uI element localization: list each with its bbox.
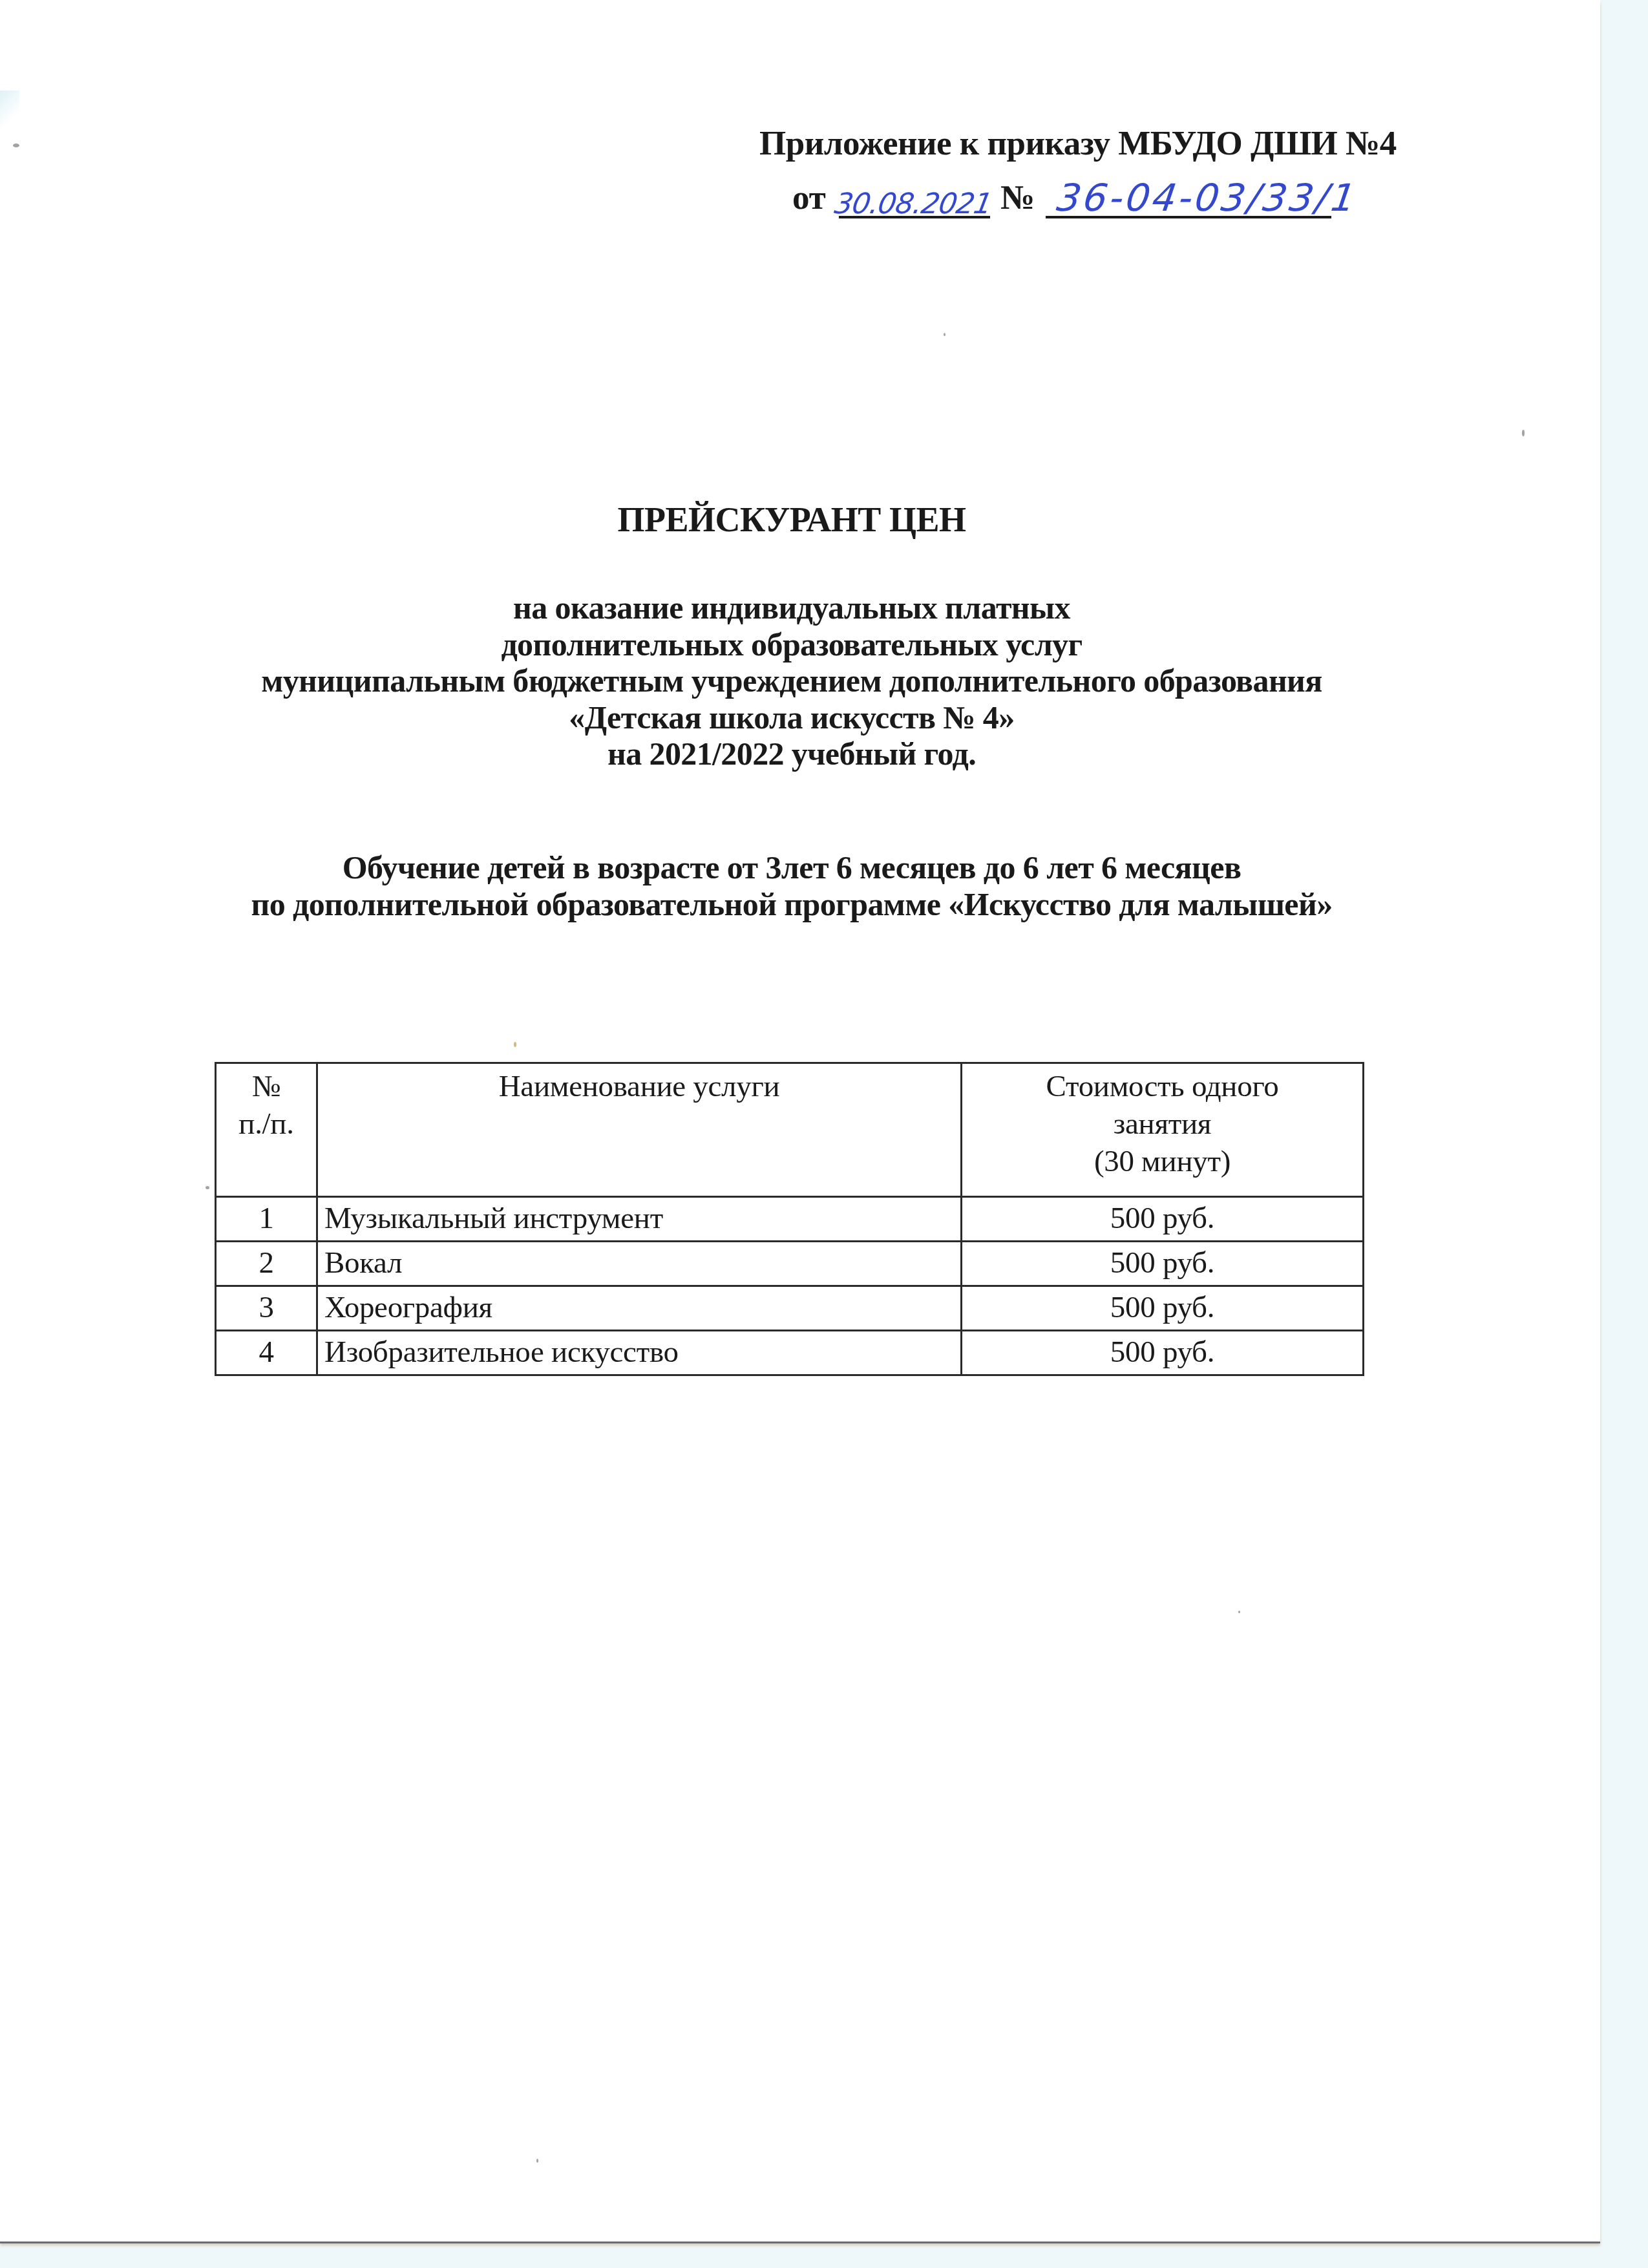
header-price-line: Стоимость одного <box>969 1068 1356 1105</box>
subtitle: на оказание индивидуальных платных допол… <box>129 589 1454 772</box>
handwritten-date: 30.08.2021 <box>832 185 995 224</box>
handwritten-order-number: 36-04-03/33/1 <box>1055 178 1360 217</box>
subtitle-line: на 2021/2022 учебный год. <box>129 736 1454 772</box>
header-price-line: занятия <box>969 1105 1356 1143</box>
subtitle-line: муниципальным бюджетным учреждением допо… <box>129 662 1454 699</box>
cell-service-name: Хореография <box>317 1286 962 1331</box>
table-row: 2 Вокал 500 руб. <box>216 1242 1364 1286</box>
cell-service-name: Музыкальный инструмент <box>317 1197 962 1242</box>
date-prefix: от <box>792 178 826 217</box>
table-header-row: № п./п. Наименование услуги Стоимость од… <box>216 1063 1364 1197</box>
header-num: № п./п. <box>216 1063 317 1197</box>
scan-speck <box>944 333 945 336</box>
table-row: 3 Хореография 500 руб. <box>216 1286 1364 1331</box>
cell-num: 2 <box>216 1242 317 1286</box>
cell-service-name: Вокал <box>317 1242 962 1286</box>
attachment-line: Приложение к приказу МБУДО ДШИ №4 <box>759 124 1397 163</box>
scan-speck <box>13 143 19 147</box>
cell-service-name: Изобразительное искусство <box>317 1331 962 1375</box>
scan-artifact <box>0 90 19 129</box>
header-num-line: п./п. <box>223 1105 310 1143</box>
header-price: Стоимость одного занятия (30 минут) <box>962 1063 1364 1197</box>
header-num-line: № <box>223 1068 310 1105</box>
document-page: Приложение к приказу МБУДО ДШИ №4 от 30.… <box>0 0 1600 2242</box>
header-service-name: Наименование услуги <box>317 1063 962 1197</box>
header-name-line: Наименование услуги <box>324 1068 954 1105</box>
price-table: № п./п. Наименование услуги Стоимость од… <box>215 1062 1364 1376</box>
subtitle-line: дополнительных образовательных услуг <box>129 626 1454 663</box>
program-line: по дополнительной образовательной програ… <box>129 886 1454 923</box>
program-description: Обучение детей в возрасте от 3лет 6 меся… <box>129 849 1454 923</box>
cell-num: 3 <box>216 1286 317 1331</box>
header-price-line: (30 минут) <box>969 1143 1356 1180</box>
scan-speck <box>1522 430 1525 436</box>
scan-speck <box>206 1186 209 1189</box>
cell-num: 4 <box>216 1331 317 1375</box>
program-line: Обучение детей в возрасте от 3лет 6 меся… <box>129 849 1454 886</box>
cell-price: 500 руб. <box>962 1197 1364 1242</box>
number-prefix: № <box>1000 178 1035 217</box>
subtitle-line: «Детская школа искусств № 4» <box>129 699 1454 736</box>
scan-speck <box>1238 1611 1240 1613</box>
page-title: ПРЕЙСКУРАНТ ЦЕН <box>129 499 1454 540</box>
scan-speck <box>514 1042 516 1047</box>
table-row: 1 Музыкальный инструмент 500 руб. <box>216 1197 1364 1242</box>
cell-num: 1 <box>216 1197 317 1242</box>
subtitle-line: на оказание индивидуальных платных <box>129 589 1454 626</box>
cell-price: 500 руб. <box>962 1242 1364 1286</box>
cell-price: 500 руб. <box>962 1331 1364 1375</box>
cell-price: 500 руб. <box>962 1286 1364 1331</box>
scan-speck <box>536 2159 538 2163</box>
table-row: 4 Изобразительное искусство 500 руб. <box>216 1331 1364 1375</box>
